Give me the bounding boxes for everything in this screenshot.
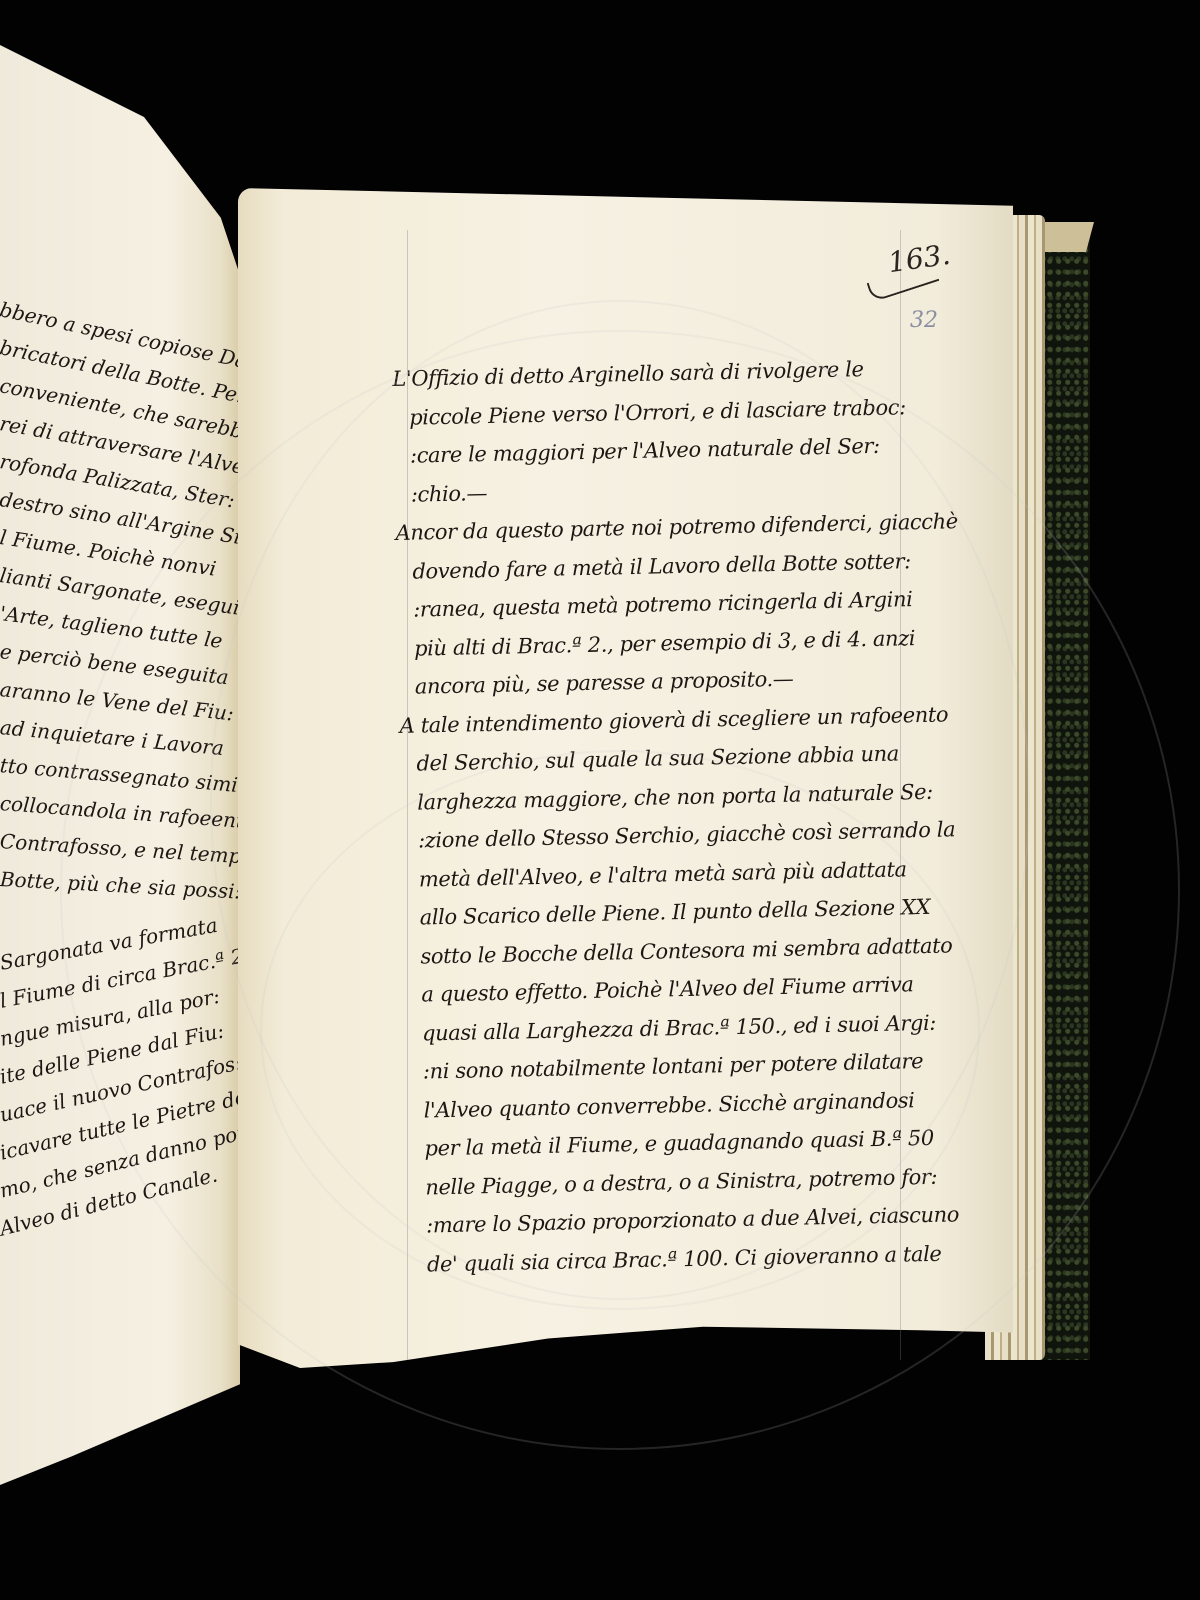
- photo-background: bbero a spesi copiose Dannobricatori del…: [0, 0, 1200, 1600]
- left-page-lower-block: Sargonata va formatal Fiume di circa Bra…: [0, 944, 240, 1248]
- secondary-pencil-number: 32: [910, 308, 938, 333]
- left-page-upper-block: bbero a spesi copiose Dannobricatori del…: [0, 290, 240, 898]
- left-page-text: bbero a spesi copiose Dannobricatori del…: [0, 290, 240, 1248]
- right-page-text: L'Offizio di detto Arginello sarà di riv…: [392, 349, 941, 1284]
